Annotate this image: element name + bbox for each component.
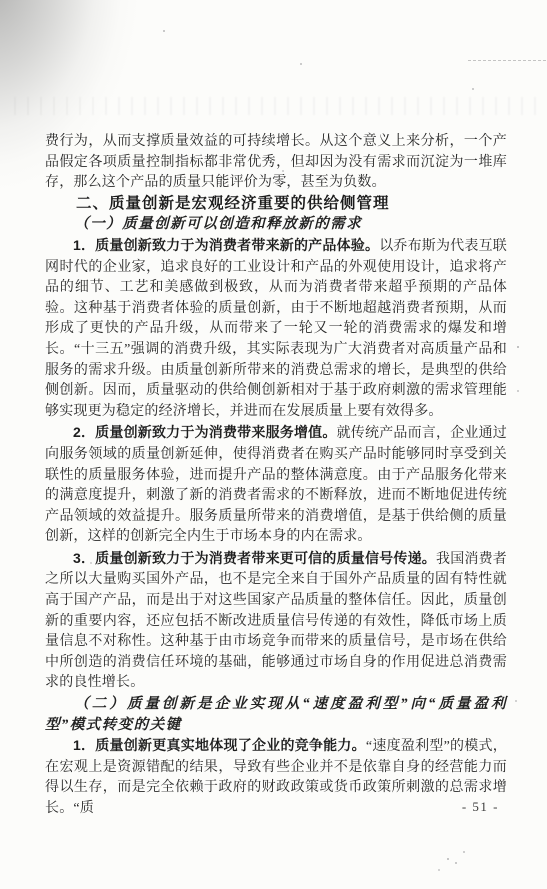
paragraph-1-lead: 1．质量创新致力于为消费者带来新的产品体验。	[73, 237, 379, 253]
paragraph-3-text: 我国消费者之所以大量购买国外产品，也不是完全来自于国外产品质量的固有特性就高于国…	[45, 552, 507, 691]
numbered-paragraph-3: 3．质量创新致力于为消费者带来更可信的质量信号传递。我国消费者之所以大量购买国外…	[45, 548, 507, 694]
numbered-paragraph-1: 1．质量创新致力于为消费者带来新的产品体验。以乔布斯为代表互联网时代的企业家，追…	[45, 235, 507, 422]
scanned-document-page: 费行为，从而支撑质量效益的可持续增长。从这个意义上来分析，一个产品假定各项质量控…	[0, 0, 547, 889]
paragraph-2-lead: 2．质量创新致力于为消费带来服务增值。	[73, 424, 337, 440]
page-number: - 51 -	[462, 799, 499, 815]
subsection-heading-1: （一）质量创新可以创造和释放新的需求	[45, 214, 507, 235]
continuation-paragraph: 费行为，从而支撑质量效益的可持续增长。从这个意义上来分析，一个产品假定各项质量控…	[45, 132, 507, 194]
scan-dashed-line-artifact	[468, 60, 546, 61]
paragraph-1-text: 以乔布斯为代表互联网时代的企业家，追求良好的工业设计和产品的外观使用设计，追求将…	[45, 239, 507, 419]
numbered-paragraph-2: 2．质量创新致力于为消费带来服务增值。就传统产品而言，企业通过向服务领域的质量创…	[45, 422, 507, 548]
section-heading: 二、质量创新是宏观经济重要的供给侧管理	[45, 194, 507, 215]
subsection-heading-2: （二）质量创新是企业实现从“速度盈利型”向“质量盈利型”模式转变的关键	[45, 694, 507, 735]
paragraph-2-text: 就传统产品而言，企业通过向服务领域的质量创新延伸，使得消费者在购买产品时能够同时…	[45, 426, 507, 544]
scan-speckle-artifacts	[0, 0, 2, 2]
numbered-paragraph-4: 1．质量创新更真实地体现了企业的竞争能力。“速度盈利型”的模式，在宏观上是资源错…	[45, 735, 507, 819]
scan-bleedthrough-artifact	[14, 97, 544, 115]
page-content: 费行为，从而支撑质量效益的可持续增长。从这个意义上来分析，一个产品假定各项质量控…	[45, 132, 507, 820]
paragraph-4-lead: 1．质量创新更真实地体现了企业的竞争能力。	[73, 737, 366, 753]
paragraph-3-lead: 3．质量创新致力于为消费者带来更可信的质量信号传递。	[73, 550, 436, 566]
